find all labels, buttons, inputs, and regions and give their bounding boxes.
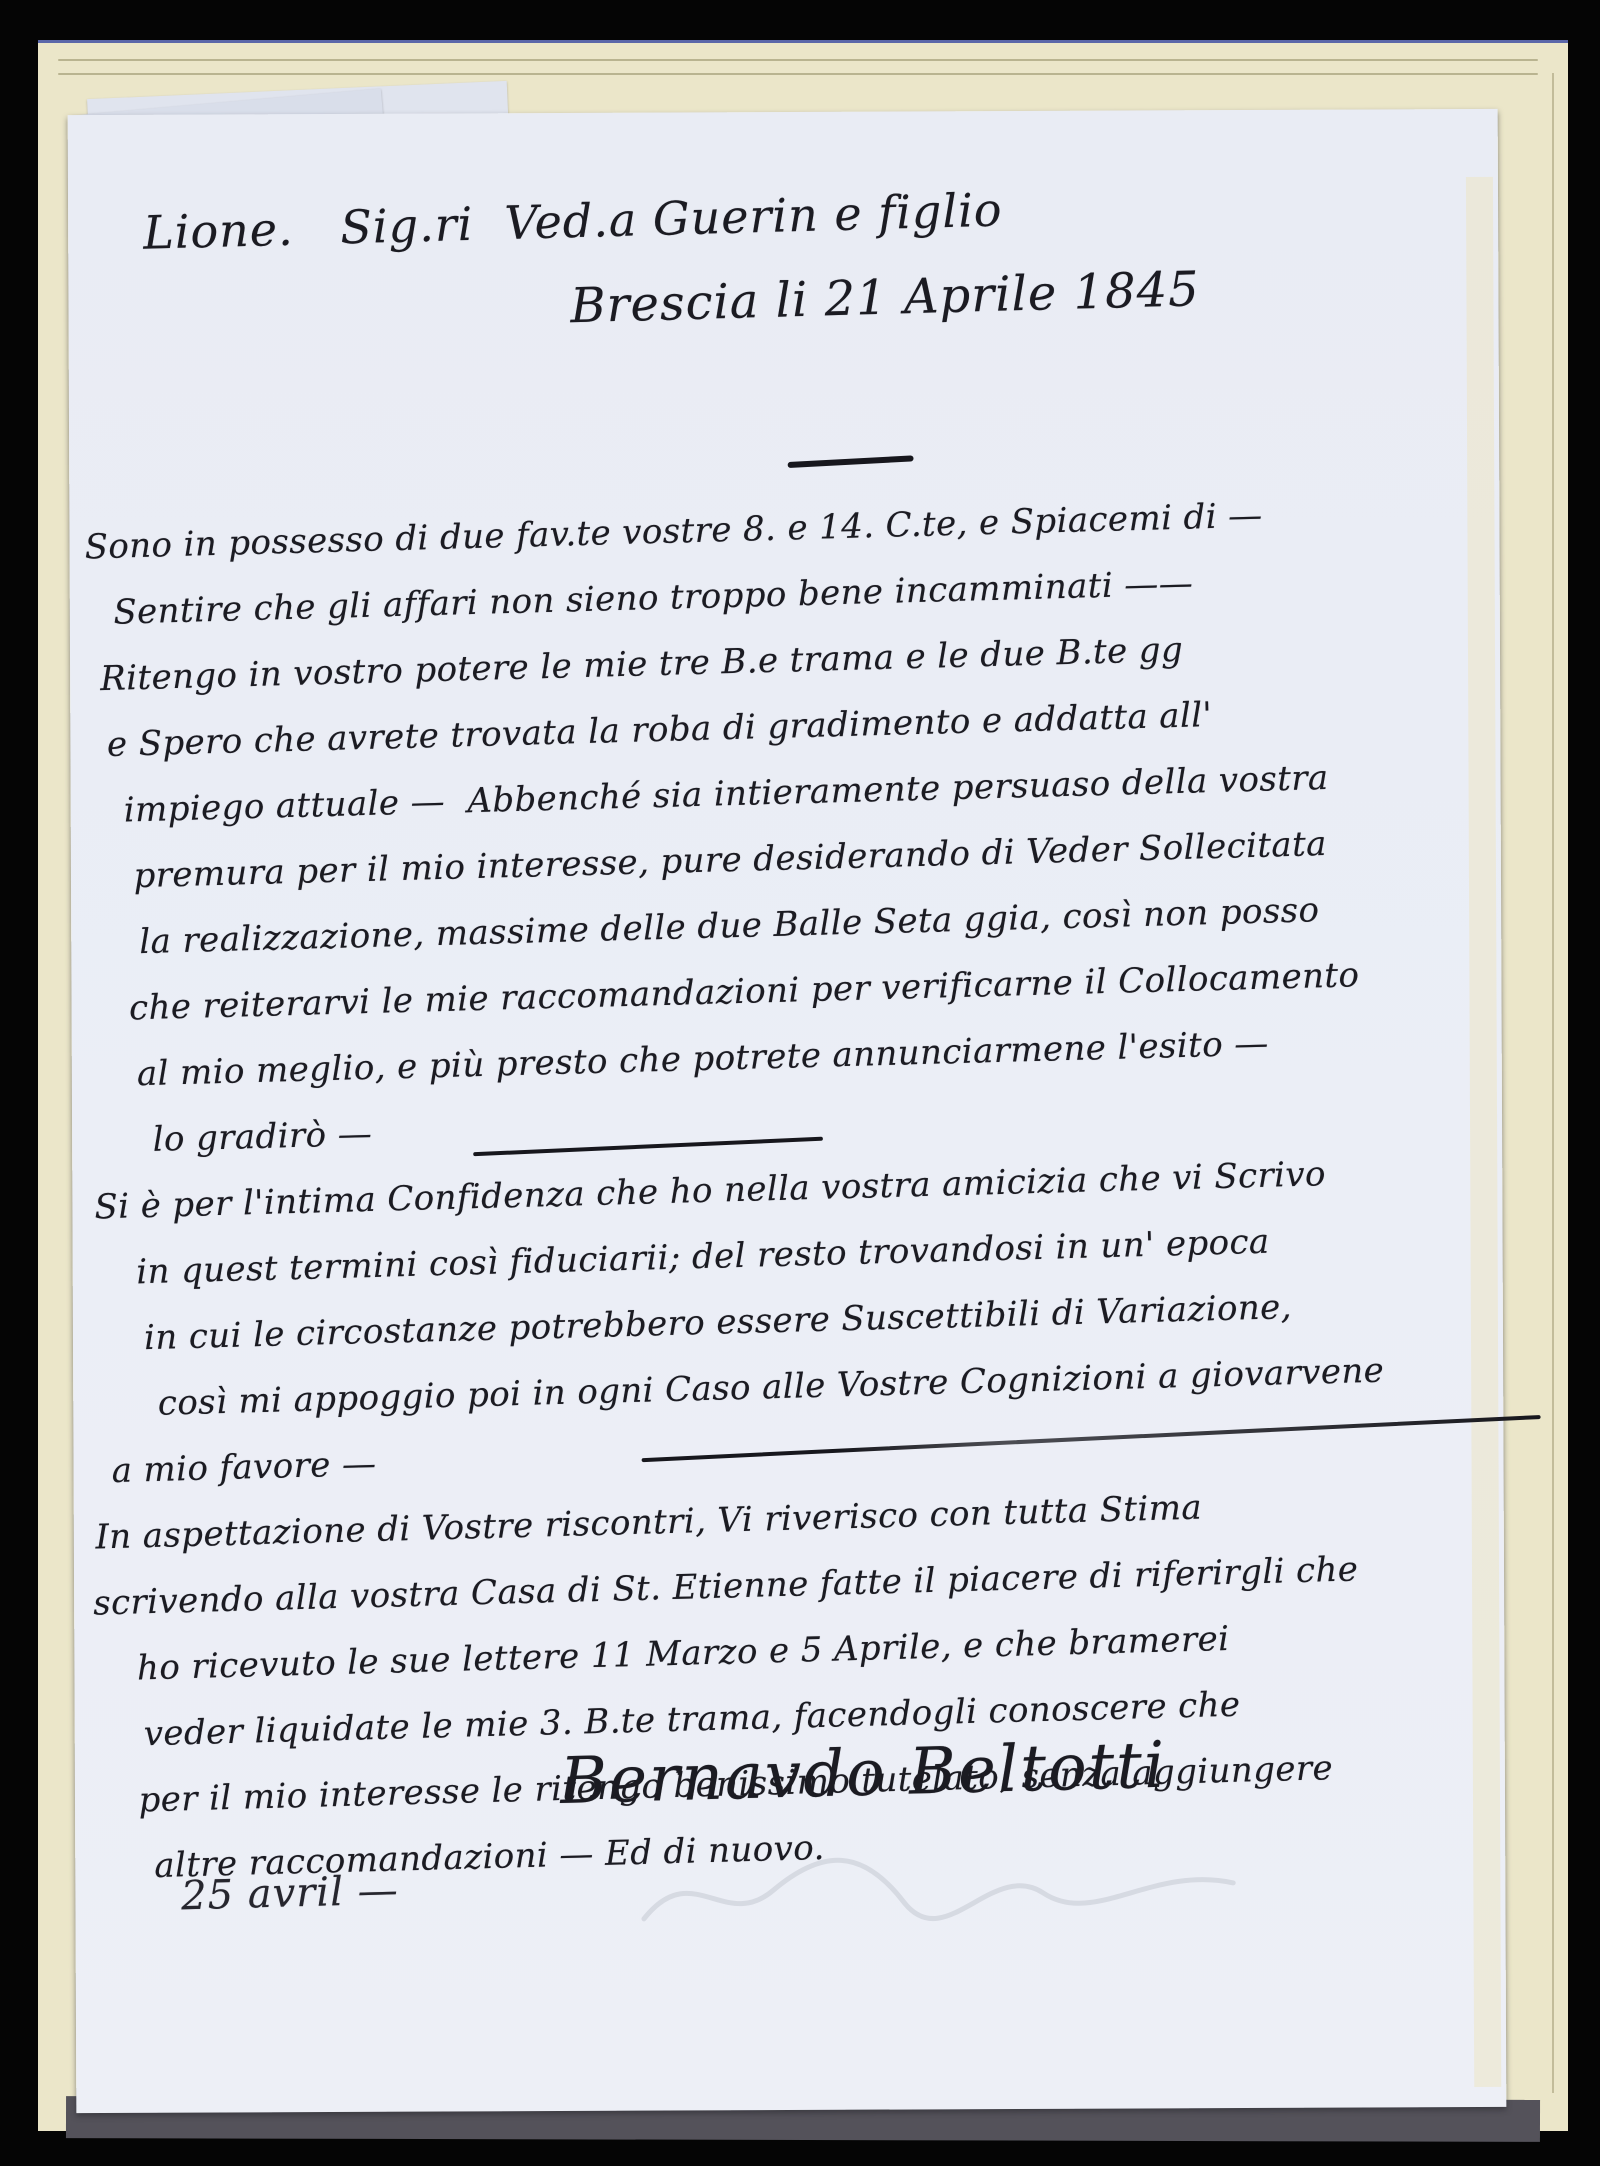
letter-content: Lione. Sig.ri Ved.a Guerin e figlio Bres…	[45, 78, 1529, 2114]
letter-line: in quest termini così fiduciarii; del re…	[136, 1222, 1270, 1293]
letter-line: che reiterarvi le mie raccomandazioni pe…	[129, 955, 1360, 1028]
letter-line: al mio meglio, e più presto che potrete …	[136, 1024, 1269, 1095]
letter-line: e Spero che avrete trovata la roba di gr…	[106, 695, 1212, 765]
flourish-line	[642, 1415, 1541, 1462]
letter-line: In aspettazione di Vostre riscontri, Vi …	[95, 1488, 1203, 1558]
letter-line: scrivendo alla vostra Casa di St. Etienn…	[93, 1549, 1359, 1623]
signature: Bernavdo Beltotti	[559, 1729, 1167, 1819]
letter-line: ho ricevuto le sue lettere 11 Marzo e 5 …	[136, 1619, 1229, 1689]
letter-line: Ritengo in vostro potere le mie tre B.e …	[100, 630, 1184, 699]
faint-pencil-signature	[632, 1822, 1255, 1949]
letter-line: Si è per l'intima Confidenza che ho nell…	[94, 1154, 1326, 1227]
paper-stack-ridge	[58, 59, 1538, 61]
letter-line: Sentire che gli affari non sieno troppo …	[113, 564, 1194, 633]
scan-background: Lione. Sig.ri Ved.a Guerin e figlio Bres…	[0, 0, 1600, 2166]
letter-line: Sono in possesso di due fav.te vostre 8.…	[84, 496, 1263, 568]
dateline-underline-flourish	[788, 455, 914, 468]
letter-line: a mio favore —	[111, 1444, 377, 1491]
letter-line: lo gradirò —	[152, 1114, 372, 1160]
letter-line: così mi appoggio poi in ogni Caso alle V…	[157, 1351, 1384, 1424]
letter-dateline: Brescia li 21 Aprile 1845	[570, 261, 1201, 334]
paper-stack-ridge	[1552, 73, 1554, 2093]
letter-line: premura per il mio interesse, pure desid…	[133, 824, 1327, 896]
letter-line: in cui le circostanze potrebbero essere …	[144, 1287, 1293, 1358]
flourish-line	[473, 1137, 823, 1157]
letter-heading: Lione. Sig.ri Ved.a Guerin e figlio	[142, 183, 1003, 260]
letter-page: Lione. Sig.ri Ved.a Guerin e figlio Bres…	[68, 109, 1507, 2113]
letter-line: la realizzazione, massime delle due Ball…	[139, 890, 1320, 962]
paper-stack-ridge	[58, 73, 1538, 75]
letter-line: impiego attuale — Abbenché sia intierame…	[123, 758, 1329, 831]
postscript-date: 25 avril —	[181, 1867, 400, 1919]
